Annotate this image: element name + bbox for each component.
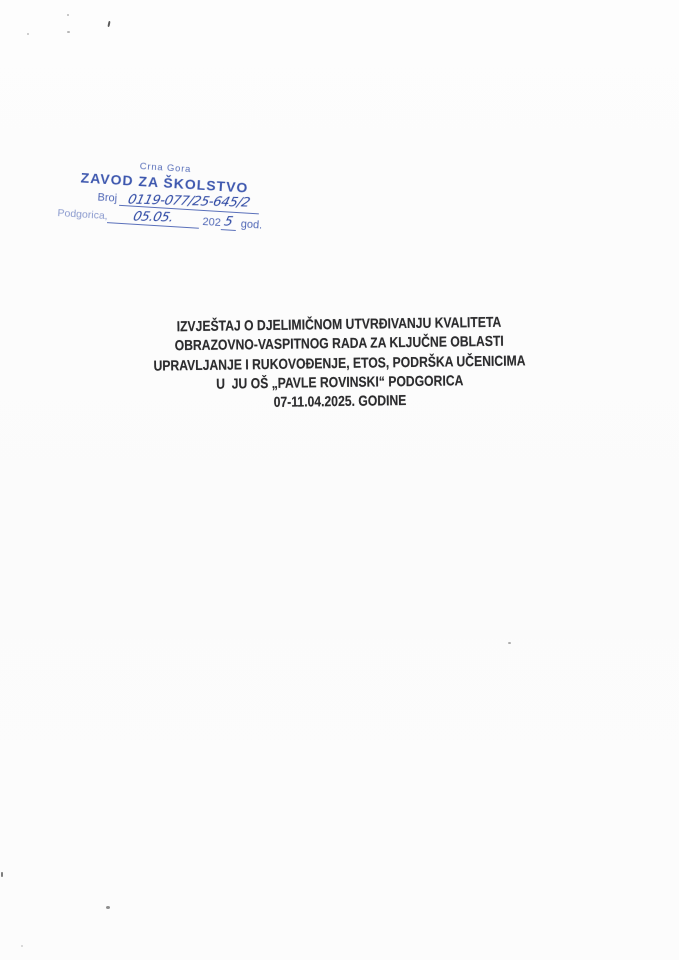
- scan-speck: [508, 642, 511, 644]
- scan-speck: [67, 14, 69, 16]
- stamp-number-label: Broj: [97, 192, 117, 205]
- handwritten-case-number: 0119-077/25-645/2: [127, 194, 252, 210]
- scan-speck: [21, 945, 23, 947]
- stamp-year-slot: 5: [220, 216, 236, 231]
- handwritten-date: 05.05.: [132, 211, 175, 225]
- stamp-place-label: Podgorica,: [57, 207, 108, 222]
- scan-speck: [1, 872, 3, 877]
- official-stamp: Crna Gora ZAVOD ZA ŠKOLSTVO Broj0119-077…: [54, 156, 274, 233]
- scan-speck: [106, 906, 110, 909]
- handwritten-year-digit: 5: [223, 216, 234, 229]
- scan-speck: [67, 31, 70, 33]
- report-title: IZVJEŠTAJ O DJELIMIČNOM UTVRĐIVANJU KVAL…: [0, 311, 679, 417]
- scan-speck: [27, 33, 29, 35]
- scan-speck: [107, 21, 110, 27]
- stamp-date-slot: 05.05.: [107, 209, 200, 229]
- stamp-year-suffix: god.: [240, 218, 262, 231]
- stamp-year-prefix: 202: [202, 216, 221, 229]
- scanned-document-page: Crna Gora ZAVOD ZA ŠKOLSTVO Broj0119-077…: [0, 0, 679, 960]
